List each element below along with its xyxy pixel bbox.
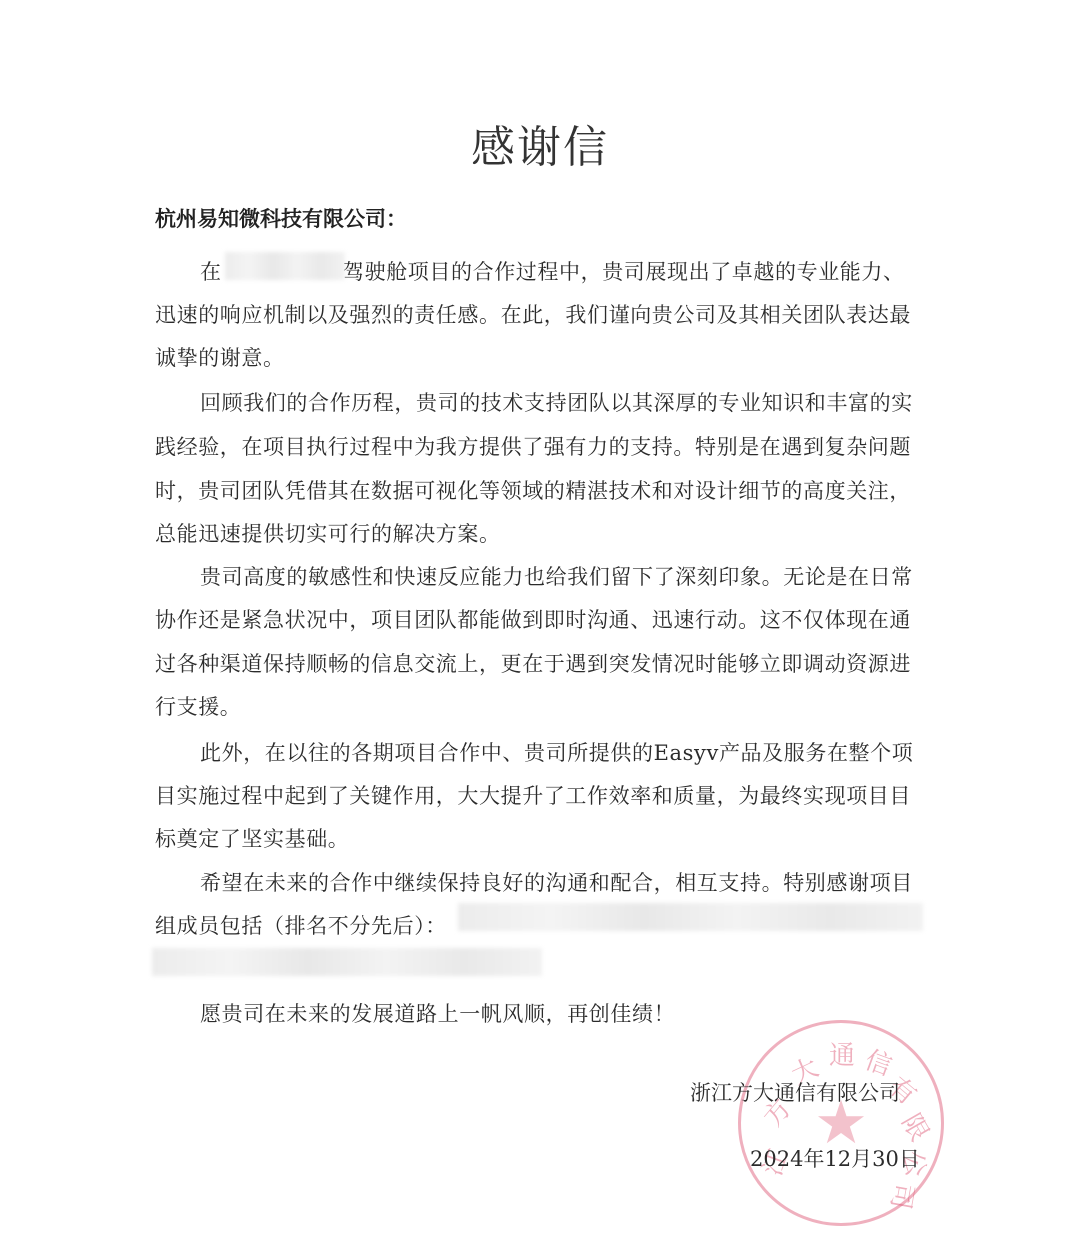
paragraph-2-line-2: 践经验，在项目执行过程中为我方提供了强有力的支持。特别是在遇到复杂问题 [155, 431, 911, 461]
paragraph-2-line-1: 回顾我们的合作历程，贵司的技术支持团队以其深厚的专业知识和丰富的实 [200, 387, 913, 417]
seal-char: 通 [829, 1035, 855, 1072]
salutation: 杭州易知微科技有限公司： [155, 203, 407, 233]
paragraph-1-line-2: 迅速的响应机制以及强烈的责任感。在此，我们谨向贵公司及其相关团队表达最 [155, 299, 911, 329]
paragraph-2-line-4: 总能迅速提供切实可行的解决方案。 [155, 518, 501, 548]
paragraph-1-line-3: 诚挚的谢意。 [155, 342, 285, 372]
paragraph-3-line-1: 贵司高度的敏感性和快速反应能力也给我们留下了深刻印象。无论是在日常 [200, 561, 913, 591]
paragraph-4-line-2: 目实施过程中起到了关键作用，大大提升了工作效率和质量，为最终实现项目目 [155, 780, 911, 810]
paragraph-5-line-2: 组成员包括（排名不分先后）： [155, 910, 447, 940]
seal-char: 司 [884, 1180, 925, 1212]
letter-title: 感谢信 [0, 111, 1080, 175]
closing-wish: 愿贵司在未来的发展道路上一帆风顺，再创佳绩！ [200, 998, 675, 1028]
paragraph-3-line-4: 行支援。 [155, 691, 241, 721]
redacted-member-names-2 [152, 948, 542, 976]
paragraph-3-line-2: 协作还是紧急状况中，项目团队都能做到即时沟通、迅速行动。这不仅体现在通 [155, 604, 911, 634]
paragraph-3-line-3: 过各种渠道保持顺畅的信息交流上，更在于遇到突发情况时能够立即调动资源进 [155, 648, 911, 678]
signature-company: 浙江方大通信有限公司 [690, 1077, 900, 1107]
paragraph-4-line-3: 标奠定了坚实基础。 [155, 823, 349, 853]
redacted-member-names-1 [458, 903, 923, 931]
signature-date: 2024年12月30日 [750, 1143, 920, 1173]
paragraph-4-line-1: 此外，在以往的各期项目合作中、贵司所提供的Easyv产品及服务在整个项 [200, 737, 913, 767]
paragraph-1-line-1b: 驾驶舱项目的合作过程中，贵司展现出了卓越的专业能力、 [343, 256, 905, 286]
paragraph-1-line-1a: 在 [200, 256, 222, 286]
redacted-project-name [225, 252, 345, 280]
paragraph-2-line-3: 时，贵司团队凭借其在数据可视化等领域的精湛技术和对设计细节的高度关注， [155, 475, 911, 505]
company-seal-stamp: ★ 江 方 大 通 信 有 限 公 司 [738, 1020, 944, 1226]
paragraph-5-line-1: 希望在未来的合作中继续保持良好的沟通和配合，相互支持。特别感谢项目 [200, 867, 913, 897]
